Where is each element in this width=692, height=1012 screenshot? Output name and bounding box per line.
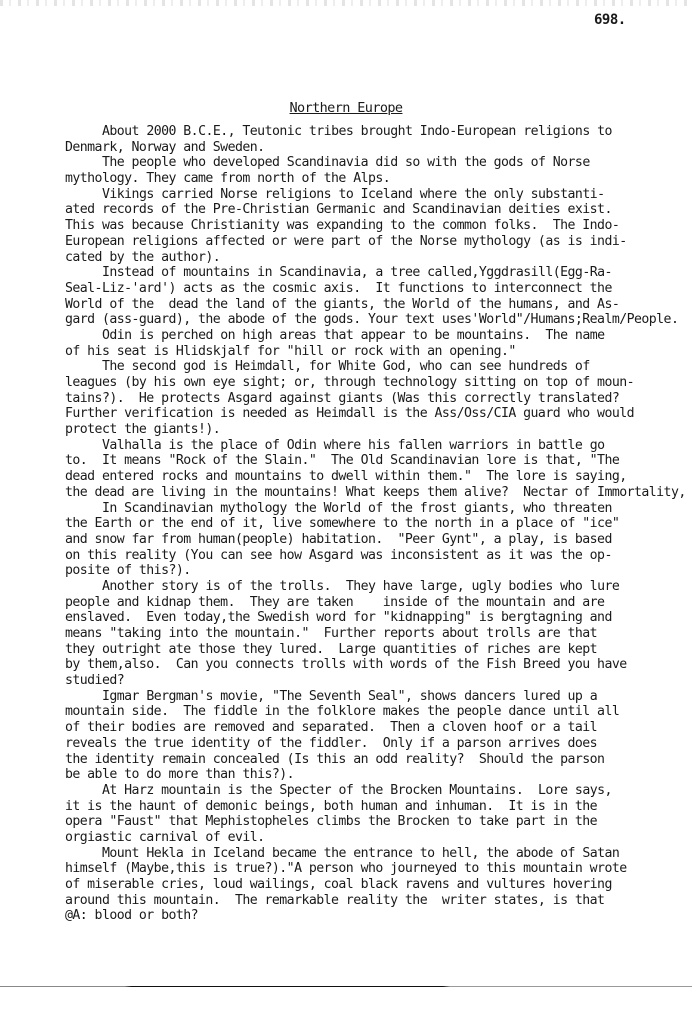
text-line: Instead of mountains in Scandinavia, a t… (65, 265, 692, 281)
text-line: cated by the author). (65, 250, 692, 266)
text-line: ated records of the Pre-Christian German… (65, 202, 692, 218)
text-line: World of the dead the land of the giants… (65, 297, 692, 313)
text-line: protect the giants!). (65, 422, 692, 438)
text-line: Vikings carried Norse religions to Icela… (65, 187, 692, 203)
scan-artifact-top (0, 0, 692, 6)
text-line: Another story is of the trolls. They hav… (65, 579, 692, 595)
text-line: the Earth or the end of it, live somewhe… (65, 516, 692, 532)
text-line: people and kidnap them. They are taken i… (65, 595, 692, 611)
text-line: orgiastic carnival of evil. (65, 830, 692, 846)
text-line: mythology. They came from north of the A… (65, 171, 692, 187)
text-line: mountain side. The fiddle in the folklor… (65, 704, 692, 720)
text-line: Denmark, Norway and Sweden. (65, 140, 692, 156)
text-line: tains?). He protects Asgard against gian… (65, 391, 692, 407)
text-line: The people who developed Scandinavia did… (65, 155, 692, 171)
text-line: of their bodies are removed and separate… (65, 720, 692, 736)
text-line: Mount Hekla in Iceland became the entran… (65, 846, 692, 862)
text-line: European religions affected or were part… (65, 234, 692, 250)
text-line: Igmar Bergman's movie, "The Seventh Seal… (65, 689, 692, 705)
text-line: In Scandinavian mythology the World of t… (65, 501, 692, 517)
text-line: be able to do more than this?). (65, 767, 692, 783)
text-line: around this mountain. The remarkable rea… (65, 893, 692, 909)
text-line: reveals the true identity of the fiddler… (65, 736, 692, 752)
text-line: means "taking into the mountain." Furthe… (65, 626, 692, 642)
bottom-rule (0, 986, 692, 987)
text-line: Valhalla is the place of Odin where his … (65, 438, 692, 454)
text-line: Further verification is needed as Heimda… (65, 406, 692, 422)
text-line: the identity remain concealed (Is this a… (65, 752, 692, 768)
text-line: The second god is Heimdall, for White Go… (65, 359, 692, 375)
text-line: by them,also. Can you connects trolls wi… (65, 657, 692, 673)
text-line: About 2000 B.C.E., Teutonic tribes broug… (65, 124, 692, 140)
page-number: 698. (594, 12, 626, 28)
page-title: Northern Europe (0, 100, 692, 116)
text-line: Odin is perched on high areas that appea… (65, 328, 692, 344)
text-line: opera "Faust" that Mephistopheles climbs… (65, 814, 692, 830)
text-line: and snow far from human(people) habitati… (65, 532, 692, 548)
text-line: enslaved. Even today,the Swedish word fo… (65, 610, 692, 626)
text-line: At Harz mountain is the Specter of the B… (65, 783, 692, 799)
text-line: the dead are living in the mountains! Wh… (65, 485, 692, 501)
text-line: they outright ate those they lured. Larg… (65, 642, 692, 658)
text-line: gard (ass-guard), the abode of the gods.… (65, 312, 692, 328)
text-line: leagues (by his own eye sight; or, throu… (65, 375, 692, 391)
text-line: it is the haunt of demonic beings, both … (65, 799, 692, 815)
text-line: studied? (65, 673, 692, 689)
text-line: himself (Maybe,this is true?)."A person … (65, 861, 692, 877)
text-line: on this reality (You can see how Asgard … (65, 548, 692, 564)
text-line: posite of this?). (65, 563, 692, 579)
text-line: This was because Christianity was expand… (65, 218, 692, 234)
text-line: to. It means "Rock of the Slain." The Ol… (65, 453, 692, 469)
text-line: dead entered rocks and mountains to dwel… (65, 469, 692, 485)
document-body: About 2000 B.C.E., Teutonic tribes broug… (65, 124, 692, 924)
text-line: of his seat is Hlidskjalf for "hill or r… (65, 344, 692, 360)
text-line: Seal-Liz-'ard') acts as the cosmic axis.… (65, 281, 692, 297)
text-line: of miserable cries, loud wailings, coal … (65, 877, 692, 893)
text-line: @A: blood or both? (65, 908, 692, 924)
